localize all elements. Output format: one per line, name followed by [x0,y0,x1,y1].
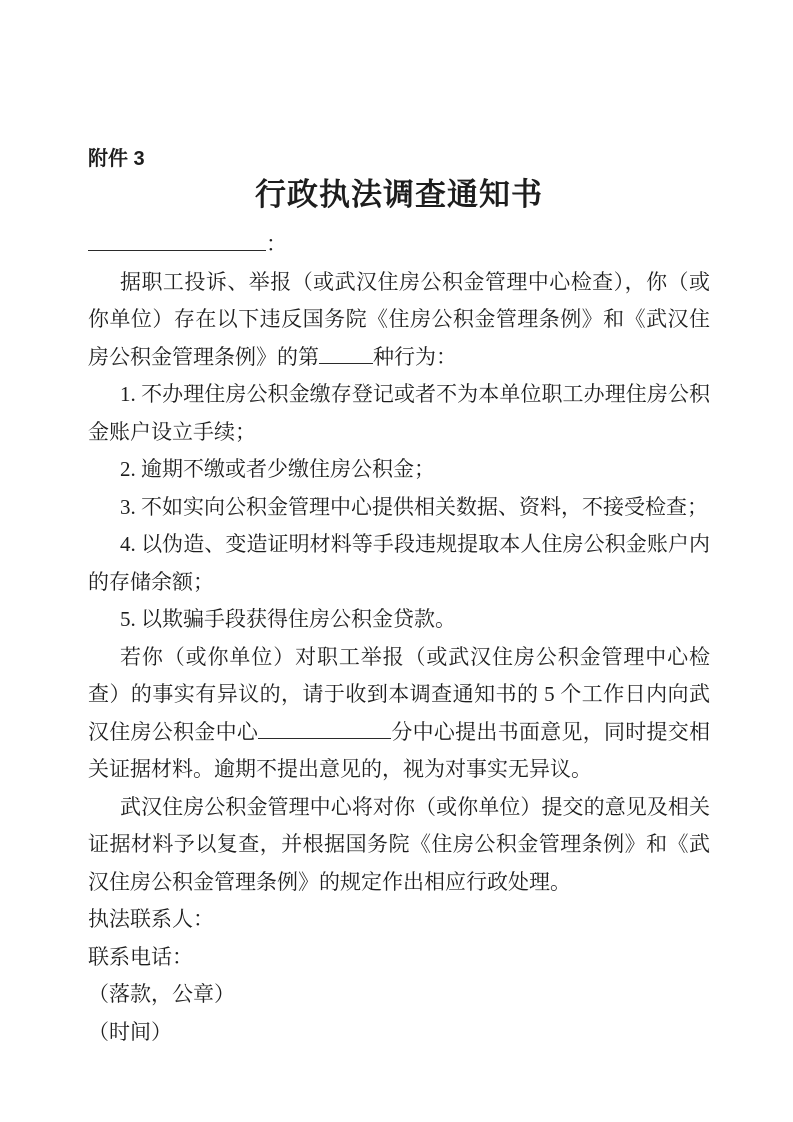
review-paragraph: 武汉住房公积金管理中心将对你（或你单位）提交的意见及相关证据材料予以复查，并根据… [88,789,710,902]
addressee-line: ： [88,226,710,264]
objection-paragraph: 若你（或你单位）对职工举报（或武汉住房公积金管理中心检查）的事实有异议的，请于收… [88,639,710,789]
violation-item-5: 5. 以欺骗手段获得住房公积金贷款。 [88,601,710,639]
addressee-blank [88,228,266,251]
attachment-label: 附件 3 [88,146,710,172]
signature-block: （落款，公章） （时间） [88,976,710,1051]
violation-item-1: 1. 不办理住房公积金缴存登记或者不为本单位职工办理住房公积金账户设立手续； [88,376,710,451]
branch-name-blank [258,715,391,738]
violation-item-2: 2. 逾期不缴或者少缴住房公积金； [88,451,710,489]
behavior-number-blank [319,340,373,363]
signature-date-line: （时间） [88,1014,710,1052]
contact-person-line: 执法联系人： [88,901,710,939]
document-title: 行政执法调查通知书 [88,174,710,216]
violation-item-3: 3. 不如实向公积金管理中心提供相关数据、资料，不接受检查； [88,489,710,527]
intro-text-after: 种行为： [373,345,457,369]
violation-item-4: 4. 以伪造、变造证明材料等手段违规提取本人住房公积金账户内的存储余额； [88,526,710,601]
document-page: 附件 3 行政执法调查通知书 ： 据职工投诉、举报（或武汉住房公积金管理中心检查… [0,0,793,1122]
signature-seal-line: （落款，公章） [88,976,710,1014]
addressee-colon: ： [266,232,287,256]
contact-phone-line: 联系电话： [88,939,710,977]
intro-paragraph: 据职工投诉、举报（或武汉住房公积金管理中心检查），你（或你单位）存在以下违反国务… [88,264,710,377]
